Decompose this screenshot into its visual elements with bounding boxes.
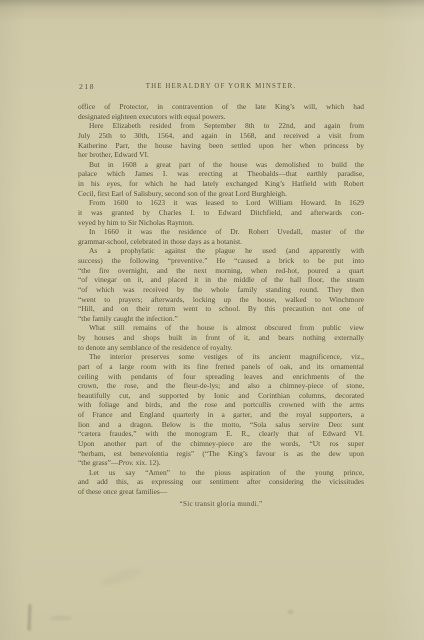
text-line: Upon another part of the chimney-piece a…: [78, 439, 364, 449]
paragraph: Let us say “Amen” to the pious aspiratio…: [78, 468, 364, 497]
text-line: ceiling with pendants of four spreading …: [78, 372, 364, 382]
text-line: with foliage and birds, and the rose and…: [78, 400, 364, 410]
text-line: Here Elizabeth resided from September 8t…: [78, 121, 364, 131]
paragraph: In 1660 it was the residence of Dr. Robe…: [78, 227, 364, 246]
book-page: 218 THE HERALDRY OF YORK MINSTER. office…: [0, 0, 424, 640]
text-block: office of Protector, in contravention of…: [78, 102, 364, 510]
text-line: by houses and shops built in front of it…: [78, 333, 364, 343]
text-line: “went to prayers; afterwards, locking up…: [78, 295, 364, 305]
text-line: Let us say “Amen” to the pious aspiratio…: [78, 468, 364, 478]
text-line: As a prophylatic against the plague he u…: [78, 246, 364, 256]
text-line: success) the following “preventive.” He …: [78, 256, 364, 266]
closing-motto: “Sic transit gloria mundi.”: [78, 500, 364, 510]
text-line: to denote any semblance of the residence…: [78, 343, 364, 353]
text-line: “the family caught the infection.”: [78, 314, 364, 324]
text-line: “of which was received by the whole fami…: [78, 285, 364, 295]
text-line: beautifully cut, and supported by Ionic …: [78, 391, 364, 401]
text-line: “of vinegar on it, and placed it in the …: [78, 275, 364, 285]
text-line: veyed by him to Sir Nicholas Raynton.: [78, 218, 364, 228]
text-line: in his eyes, for which he had lately exc…: [78, 179, 364, 189]
text-line: her brother, Edward VI.: [78, 150, 364, 160]
paragraph: office of Protector, in contravention of…: [78, 102, 364, 121]
text-line: of these once great families—: [78, 487, 364, 497]
ink-smudge: [50, 616, 72, 620]
text-line: grammar-school, celebrated in those days…: [78, 237, 364, 247]
page-header: 218 THE HERALDRY OF YORK MINSTER.: [78, 82, 364, 93]
text-line: office of Protector, in contravention of…: [78, 102, 364, 112]
text-line: But in 1608 a great part of the house wa…: [78, 160, 364, 170]
text-line: and add this, as expressing our sentimen…: [78, 477, 364, 487]
text-line: From 1600 to 1623 it was leased to Lord …: [78, 198, 364, 208]
paragraph: The interior preserves some vestiges of …: [78, 352, 364, 468]
text-line: part of a large room with its fine frett…: [78, 362, 364, 372]
text-line: “cætera fraudes,” with the monogram E. R…: [78, 429, 364, 439]
ink-smudge: [288, 610, 293, 614]
text-line: lion and a dragon. Below is the motto, “…: [78, 420, 364, 430]
text-line: The interior preserves some vestiges of …: [78, 352, 364, 362]
paragraph: As a prophylatic against the plague he u…: [78, 246, 364, 323]
paragraph: What still remains of the house is almos…: [78, 323, 364, 352]
paragraph: But in 1608 a great part of the house wa…: [78, 160, 364, 199]
text-line: In 1660 it was the residence of Dr. Robe…: [78, 227, 364, 237]
text-line: it was granted by Charles I. to Edward D…: [78, 208, 364, 218]
text-line: July 25th to 30th, 1564, and again in 15…: [78, 131, 364, 141]
text-line: “Hill, and on their return went to schoo…: [78, 304, 364, 314]
text-line: “the fire overnight, and the next mornin…: [78, 266, 364, 276]
paragraph: From 1600 to 1623 it was leased to Lord …: [78, 198, 364, 227]
text-line: Cecil, first Earl of Salisbury, second s…: [78, 189, 364, 199]
text-line: “the grass”—Prov. xix. 12).: [78, 458, 364, 468]
text-line: designated eighteen executors with equal…: [78, 112, 364, 122]
text-line: What still remains of the house is almos…: [78, 323, 364, 333]
text-line: of France and England quarterly in a gar…: [78, 410, 364, 420]
paragraph: Here Elizabeth resided from September 8t…: [78, 121, 364, 160]
ink-smudge: [28, 604, 32, 631]
running-title: THE HERALDRY OF YORK MINSTER.: [78, 83, 364, 90]
text-line: palace which James I. was erecting at Th…: [78, 169, 364, 179]
text-line: crown, the rose, and the fleur-de-lys; a…: [78, 381, 364, 391]
text-line: “herbam, est benevolentia regis” (“The K…: [78, 449, 364, 459]
text-line: Katherine Parr, the house having been se…: [78, 141, 364, 151]
paper-stain: [98, 565, 145, 589]
